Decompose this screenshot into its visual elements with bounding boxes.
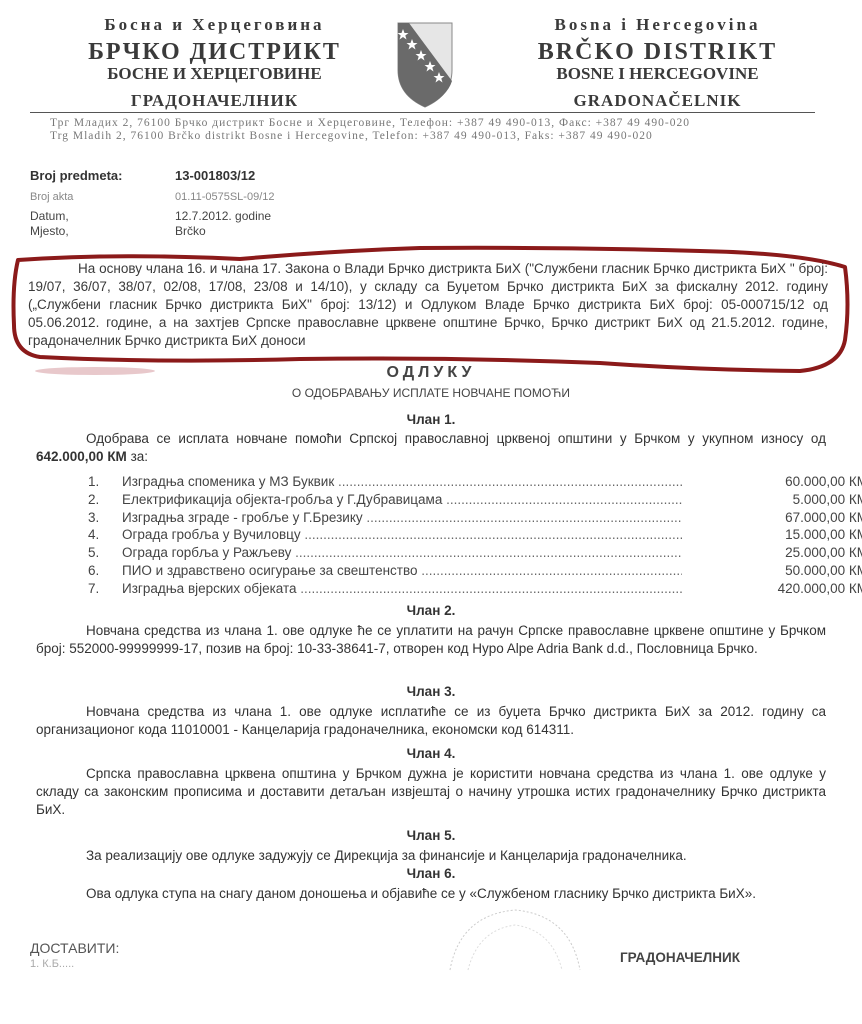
item-number: 5. [88, 545, 108, 560]
letterhead-divider [30, 112, 815, 113]
item-amount: 5.000,00 КМ [648, 492, 862, 507]
signatory-title: ГРАДОНАЧЕЛНИК [620, 950, 740, 965]
item-amount: 420.000,00 КМ [648, 581, 862, 596]
deliver-to-first-recipient: 1. К.Б..... [30, 958, 74, 970]
article-3-text: Новчана средства из члана 1. ове одлуке … [36, 703, 826, 739]
payment-item: 2.Електрификација објекта-гробља у Г.Дуб… [88, 492, 788, 509]
country-name-latin: Bosna i Hercegovina [525, 14, 790, 36]
article-4-heading: Члан 4. [0, 746, 862, 761]
payment-item: 6.ПИО и здравствено осигурање за свештен… [88, 563, 788, 580]
item-number: 3. [88, 510, 108, 525]
item-label: Електрификација објекта-гробља у Г.Дубра… [122, 492, 682, 507]
address-latin: Trg Mladih 2, 76100 Brčko distrikt Bosne… [50, 130, 830, 142]
article-5-heading: Члан 5. [0, 828, 862, 843]
coat-of-arms-icon [395, 15, 455, 110]
place-label: Mjesto, [30, 224, 69, 238]
item-amount: 50.000,00 КМ [648, 563, 862, 578]
case-number-label: Broj predmeta: [30, 168, 122, 183]
case-number: 13-001803/12 [175, 168, 255, 183]
payment-item: 4.Ограда гробља у Вучиловцу15.000,00 КМ [88, 527, 788, 544]
office-latin: GRADONAČELNIK [525, 90, 790, 112]
act-number: 01.11-0575SL-09/12 [175, 191, 275, 203]
payment-item: 5.Ограда горбља у Ражљеву25.000,00 КМ [88, 545, 788, 562]
article-2-text: Новчана средства из члана 1. ове одлуке … [36, 622, 826, 658]
payment-item: 3.Изградња зграде - гробље у Г.Брезику67… [88, 510, 788, 527]
office-cyrillic: ГРАДОНАЧЕЛНИК [82, 90, 347, 112]
preamble-text: На основу члана 16. и члана 17. Закона о… [28, 260, 828, 350]
item-label: ПИО и здравствено осигурање за свештенст… [122, 563, 682, 578]
item-number: 7. [88, 581, 108, 596]
letterhead-cyrillic: Босна и Херцеговина БРЧКО ДИСТРИКТ БОСНЕ… [82, 14, 347, 112]
item-amount: 67.000,00 КМ [648, 510, 862, 525]
item-label: Изградња споменика у МЗ Буквик [122, 474, 682, 489]
total-amount: 642.000,00 КМ [36, 449, 127, 464]
district-sub-latin: BOSNE I HERCEGOVINE [525, 64, 790, 84]
act-number-label: Broj akta [30, 191, 73, 203]
place-value: Brčko [175, 224, 206, 238]
article-6-text: Ова одлука ступа на снагу даном доношења… [36, 885, 826, 903]
payment-item: 1.Изградња споменика у МЗ Буквик60.000,0… [88, 474, 788, 491]
address-cyrillic: Трг Младих 2, 76100 Брчко дистрикт Босне… [50, 117, 830, 129]
payment-item: 7.Изградња вјерских објеката420.000,00 К… [88, 581, 788, 598]
item-label: Ограда гробља у Вучиловцу [122, 527, 682, 542]
country-name-cyrillic: Босна и Херцеговина [82, 14, 347, 36]
article-2-heading: Члан 2. [0, 603, 862, 618]
letterhead-latin: Bosna i Hercegovina BRČKO DISTRIKT BOSNE… [525, 14, 790, 112]
district-name-cyrillic: БРЧКО ДИСТРИКТ [82, 40, 347, 64]
article-6-heading: Члан 6. [0, 866, 862, 881]
item-number: 1. [88, 474, 108, 489]
item-label: Изградња зграде - гробље у Г.Брезику [122, 510, 682, 525]
decision-title: ОДЛУКУ [0, 364, 862, 382]
date-label: Datum, [30, 209, 69, 223]
item-label: Ограда горбља у Ражљеву [122, 545, 682, 560]
district-name-latin: BRČKO DISTRIKT [525, 40, 790, 64]
article-5-text: За реализацију ове одлуке задужују се Ди… [36, 847, 826, 865]
item-amount: 15.000,00 КМ [648, 527, 862, 542]
date-value: 12.7.2012. godine [175, 209, 271, 223]
article-4-text: Српска православна црквена општина у Брч… [36, 765, 826, 819]
item-label: Изградња вјерских објеката [122, 581, 682, 596]
item-amount: 25.000,00 КМ [648, 545, 862, 560]
article-1-text: Одобрава се исплата новчане помоћи Српск… [36, 430, 826, 466]
item-number: 2. [88, 492, 108, 507]
deliver-to-label: ДОСТАВИТИ: [30, 940, 119, 956]
decision-subtitle: О ОДОБРАВАЊУ ИСПЛАТЕ НОВЧАНЕ ПОМОЋИ [0, 386, 862, 400]
official-stamp-icon [440, 905, 590, 975]
item-number: 6. [88, 563, 108, 578]
article-3-heading: Члан 3. [0, 684, 862, 699]
item-number: 4. [88, 527, 108, 542]
item-amount: 60.000,00 КМ [648, 474, 862, 489]
article-1-heading: Члан 1. [0, 412, 862, 427]
district-sub-cyrillic: БОСНЕ И ХЕРЦЕГОВИНЕ [82, 64, 347, 84]
